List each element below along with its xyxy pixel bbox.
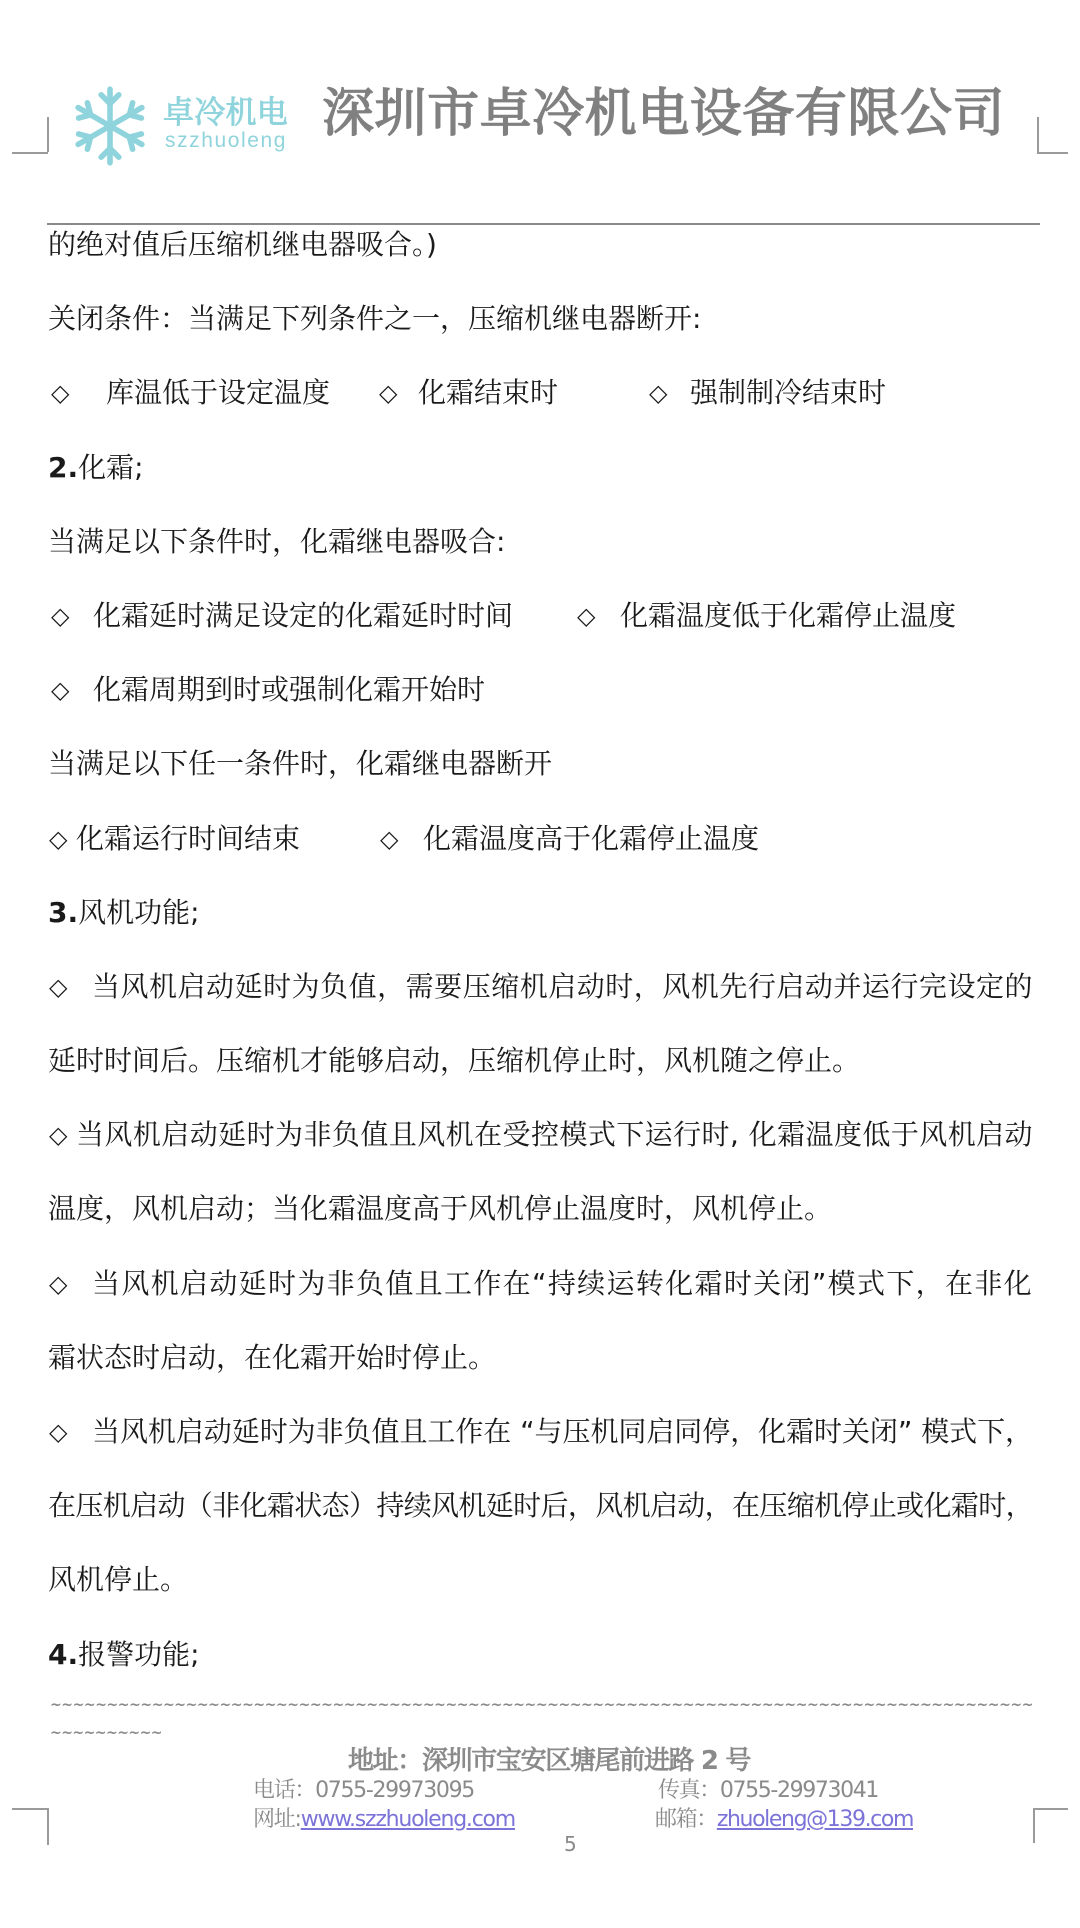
- section-heading-alarm: 4.报警功能;: [48, 1618, 1038, 1692]
- section-number: 4.: [48, 1638, 78, 1671]
- section-heading-defrost: 2.化霜;: [48, 431, 1038, 505]
- website-link[interactable]: www.szzhuoleng.com: [301, 1807, 515, 1832]
- fax-value: 0755-29973041: [720, 1778, 878, 1803]
- diamond-bullet-icon: ◇: [379, 356, 397, 430]
- diamond-bullet-icon: ◇: [577, 579, 595, 653]
- fan-rule-line: ◇ 当风机启动延时为非负值且风机在受控模式下运行时, 化霜温度低于风机启动: [48, 1098, 1038, 1172]
- fan-rule-line: 霜状态时启动，在化霜开始时停止。: [48, 1321, 1038, 1395]
- diamond-bullet-icon: ◇: [49, 1098, 67, 1172]
- paragraph-line: 当满足以下条件时，化霜继电器吸合:: [48, 505, 1038, 579]
- fan-rule-line: 在压机启动（非化霜状态）持续风机延时后，风机启动，在压缩机停止或化霜时，: [48, 1469, 1038, 1543]
- defrost-on-intro: 当满足以下条件时，化霜继电器吸合:: [48, 505, 505, 579]
- fan-rule-text: 当风机启动延时为非负值且风机在受控模式下运行时, 化霜温度低于风机启动: [76, 1098, 1033, 1172]
- section-number: 3.: [48, 896, 78, 929]
- diamond-bullet-icon: ◇: [49, 1247, 67, 1321]
- website-label: 网址:: [253, 1807, 301, 1832]
- logo-english-name: szzhuoleng: [165, 129, 287, 153]
- phone-value: 0755-29973095: [315, 1778, 474, 1803]
- condition-list: ◇ 库温低于设定温度 ◇ 化霜结束时 ◇ 强制制冷结束时: [48, 356, 1038, 430]
- fan-rule-text: 当风机启动延时为非负值且工作在 “与压机同启同停，化霜时关闭” 模式下，: [92, 1395, 1033, 1469]
- condition-item: 强制制冷结束时: [690, 356, 886, 430]
- condition-item: 库温低于设定温度: [106, 356, 330, 430]
- compressor-off-intro: 关闭条件：当满足下列条件之一，压缩机继电器断开:: [48, 282, 701, 356]
- diamond-bullet-icon: ◇: [649, 356, 667, 430]
- diamond-bullet-icon: ◇: [380, 802, 398, 876]
- fan-rule-line: 温度，风机启动；当化霜温度高于风机停止温度时，风机停止。: [48, 1172, 1038, 1246]
- condition-item: 化霜温度低于化霜停止温度: [620, 579, 956, 653]
- snowflake-icon: [70, 86, 150, 166]
- email-link[interactable]: zhuoleng@139.com: [717, 1807, 913, 1832]
- phone-label: 电话：: [253, 1778, 315, 1803]
- fan-rule-text: 温度，风机启动；当化霜温度高于风机停止温度时，风机停止。: [48, 1172, 832, 1246]
- footer-phone: 电话：0755-29973095: [253, 1779, 474, 1803]
- diamond-bullet-icon: ◇: [51, 653, 69, 727]
- defrost-off-intro: 当满足以下任一条件时，化霜继电器断开: [48, 727, 552, 801]
- fan-rule-text: 当风机启动延时为负值，需要压缩机启动时，风机先行启动并运行完设定的: [92, 950, 1033, 1024]
- fan-rule-line: ◇ 当风机启动延时为负值，需要压缩机启动时，风机先行启动并运行完设定的: [48, 950, 1038, 1024]
- paragraph-line: 当满足以下任一条件时，化霜继电器断开: [48, 727, 1038, 801]
- paragraph-line: 关闭条件：当满足下列条件之一，压缩机继电器断开:: [48, 282, 1038, 356]
- logo-chinese-name: 卓冷机电: [163, 95, 288, 131]
- company-name-title: 深圳市卓冷机电设备有限公司: [322, 82, 1005, 146]
- email-label: 邮箱：: [655, 1807, 717, 1832]
- diamond-bullet-icon: ◇: [51, 356, 69, 430]
- condition-item: 化霜温度高于化霜停止温度: [423, 802, 759, 876]
- section-title: 报警功能;: [78, 1638, 199, 1671]
- address-label: 地址：: [348, 1746, 422, 1776]
- fan-rule-text: 风机停止。: [48, 1543, 188, 1617]
- address-value: 深圳市宝安区塘尾前进路 2 号: [422, 1746, 750, 1776]
- paragraph-line: 的绝对值后压缩机继电器吸合。): [48, 208, 1038, 282]
- page-number: 5: [564, 1832, 577, 1856]
- document-body: 的绝对值后压缩机继电器吸合。) 关闭条件：当满足下列条件之一，压缩机继电器断开:…: [48, 208, 1038, 1692]
- fan-rule-text: 延时时间后。压缩机才能够启动，压缩机停止时，风机随之停止。: [48, 1024, 860, 1098]
- fax-label: 传真：: [658, 1778, 720, 1803]
- fan-rule-line: 风机停止。: [48, 1543, 1038, 1617]
- section-number: 2.: [48, 451, 78, 484]
- footer-email: 邮箱：zhuoleng@139.com: [655, 1808, 913, 1832]
- condition-list: ◇ 化霜周期到时或强制化霜开始时: [48, 653, 1038, 727]
- condition-item: 化霜结束时: [418, 356, 558, 430]
- condition-list: ◇ 化霜延时满足设定的化霜延时时间 ◇ 化霜温度低于化霜停止温度: [48, 579, 1038, 653]
- fan-rule-line: ◇ 当风机启动延时为非负值且工作在“持续运转化霜时关闭”模式下，在非化: [48, 1247, 1038, 1321]
- section-heading-fan: 3.风机功能;: [48, 876, 1038, 950]
- continued-text: 的绝对值后压缩机继电器吸合。): [48, 208, 437, 282]
- footer-website: 网址:www.szzhuoleng.com: [253, 1808, 515, 1832]
- condition-item: 化霜延时满足设定的化霜延时时间: [93, 579, 513, 653]
- condition-list: ◇ 化霜运行时间结束 ◇ 化霜温度高于化霜停止温度: [48, 802, 1038, 876]
- tilde-separator: ~~~~~~~~~~~~~~~~~~~~~~~~~~~~~~~~~~~~~~~~…: [50, 1691, 1033, 1719]
- fan-rule-text: 当风机启动延时为非负值且工作在“持续运转化霜时关闭”模式下，在非化: [92, 1247, 1033, 1321]
- section-title: 风机功能;: [78, 896, 199, 929]
- fan-rule-line: ◇ 当风机启动延时为非负值且工作在 “与压机同启同停，化霜时关闭” 模式下，: [48, 1395, 1038, 1469]
- diamond-bullet-icon: ◇: [51, 579, 69, 653]
- footer-address: 地址：深圳市宝安区塘尾前进路 2 号: [348, 1746, 750, 1776]
- fan-rule-text: 在压机启动（非化霜状态）持续风机延时后，风机启动，在压缩机停止或化霜时，: [48, 1469, 1033, 1543]
- fan-rule-text: 霜状态时启动，在化霜开始时停止。: [48, 1321, 496, 1395]
- condition-item: 化霜运行时间结束: [76, 802, 300, 876]
- diamond-bullet-icon: ◇: [49, 1395, 67, 1469]
- condition-item: 化霜周期到时或强制化霜开始时: [93, 653, 485, 727]
- fan-rule-line: 延时时间后。压缩机才能够启动，压缩机停止时，风机随之停止。: [48, 1024, 1038, 1098]
- diamond-bullet-icon: ◇: [49, 950, 67, 1024]
- section-title: 化霜;: [78, 451, 143, 484]
- diamond-bullet-icon: ◇: [49, 802, 67, 876]
- page-header: 卓冷机电 szzhuoleng 深圳市卓冷机电设备有限公司: [0, 0, 1080, 230]
- footer-fax: 传真：0755-29973041: [658, 1779, 878, 1803]
